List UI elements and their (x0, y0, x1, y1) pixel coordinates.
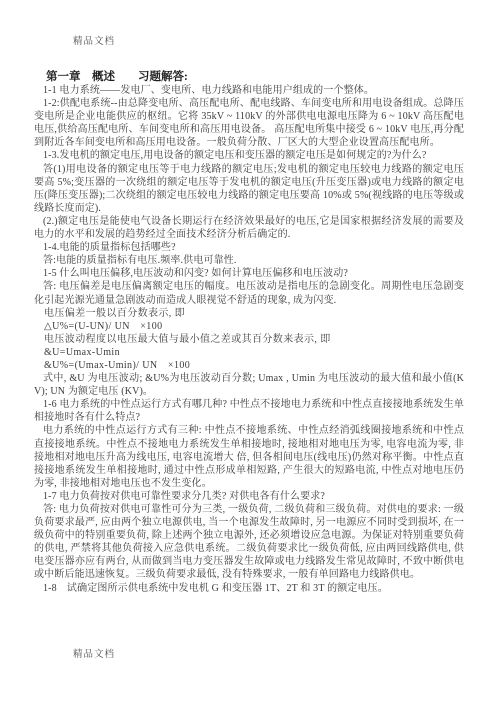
formula-intro-fluctuation: 电压波动程度以电压最大值与最小值之差或其百分数来表示, 即 (34, 333, 464, 346)
scanned-document-page: { "page": { "header_watermark": "精品文档", … (0, 0, 496, 702)
item-1-5: 1-5 什么叫电压偏移,电压波动和闪变? 如何计算电压偏移和电压波动? (34, 267, 464, 280)
answer-1-6: 电力系统的中性点运行方式有三种: 中性点不接地系统、中性点经消弧线圈接地系统和中… (34, 424, 464, 489)
page-title: 第一章 概述 习题解答: (34, 70, 464, 84)
answer-1-7: 答: 电力负荷按对供电可靠性可分为三类, 一级负荷, 二级负荷和三级负荷。对供电… (34, 503, 464, 582)
header-watermark: 精品文档 (73, 33, 115, 47)
answer-1-3-part1: 答(1)用电设备的额定电压等于电力线路的额定电压;发电机的额定电压较电力线路的额… (34, 163, 464, 215)
formula-delta-u: &U=Umax-Umin (34, 346, 464, 359)
answer-1-4: 答:电能的质量指标有电压.频率.供电可靠性. (34, 254, 464, 267)
item-1-3: 1-3.发电机的额定电压,用电设备的额定电压和变压器的额定电压是如何规定的?为什… (34, 149, 464, 162)
formula-legend: 式中, &U 为电压波动; &U%为电压波动百分数; Umax , Umin 为… (34, 372, 464, 398)
footer-watermark: 精品文档 (73, 646, 115, 660)
item-1-2: 1-2:供配电系统--由总降变电所、高压配电所、配电线路、车间变电所和用电设备组… (34, 97, 464, 149)
item-1-4: 1-4.电能的质量指标包括哪些? (34, 241, 464, 254)
item-1-7: 1-7 电力负荷按对供电可靠性要求分几类? 对供电各有什么要求? (34, 490, 464, 503)
item-1-8: 1-8 试确定图所示供电系统中发电机 G 和变压器 1T、2T 和 3T 的额定… (34, 582, 464, 595)
answer-1-3-part2: (2.)额定电压是能使电气设备长期运行在经济效果最好的电压,它是国家根据经济发展… (34, 215, 464, 241)
formula-voltage-deviation: △U%=(U-UN)/ UN ×100 (34, 320, 464, 333)
formula-intro-deviation: 电压偏差一般以百分数表示, 即 (34, 307, 464, 320)
answer-1-5: 答: 电压偏差是电压偏离额定电压的幅度。电压波动是指电压的急剧变化。周期性电压急… (34, 280, 464, 306)
document-body: 第一章 概述 习题解答: 1-1 电力系统——发电厂、变电所、电力线路和电能用户… (34, 70, 464, 595)
item-1-6: 1-6 电力系统的中性点运行方式有哪几种? 中性点不接地电力系统和中性点直接接地… (34, 398, 464, 424)
formula-delta-u-percent: &U%=(Umax-Umin)/ UN ×100 (34, 359, 464, 372)
item-1-1: 1-1 电力系统——发电厂、变电所、电力线路和电能用户组成的一个整体。 (34, 84, 464, 97)
